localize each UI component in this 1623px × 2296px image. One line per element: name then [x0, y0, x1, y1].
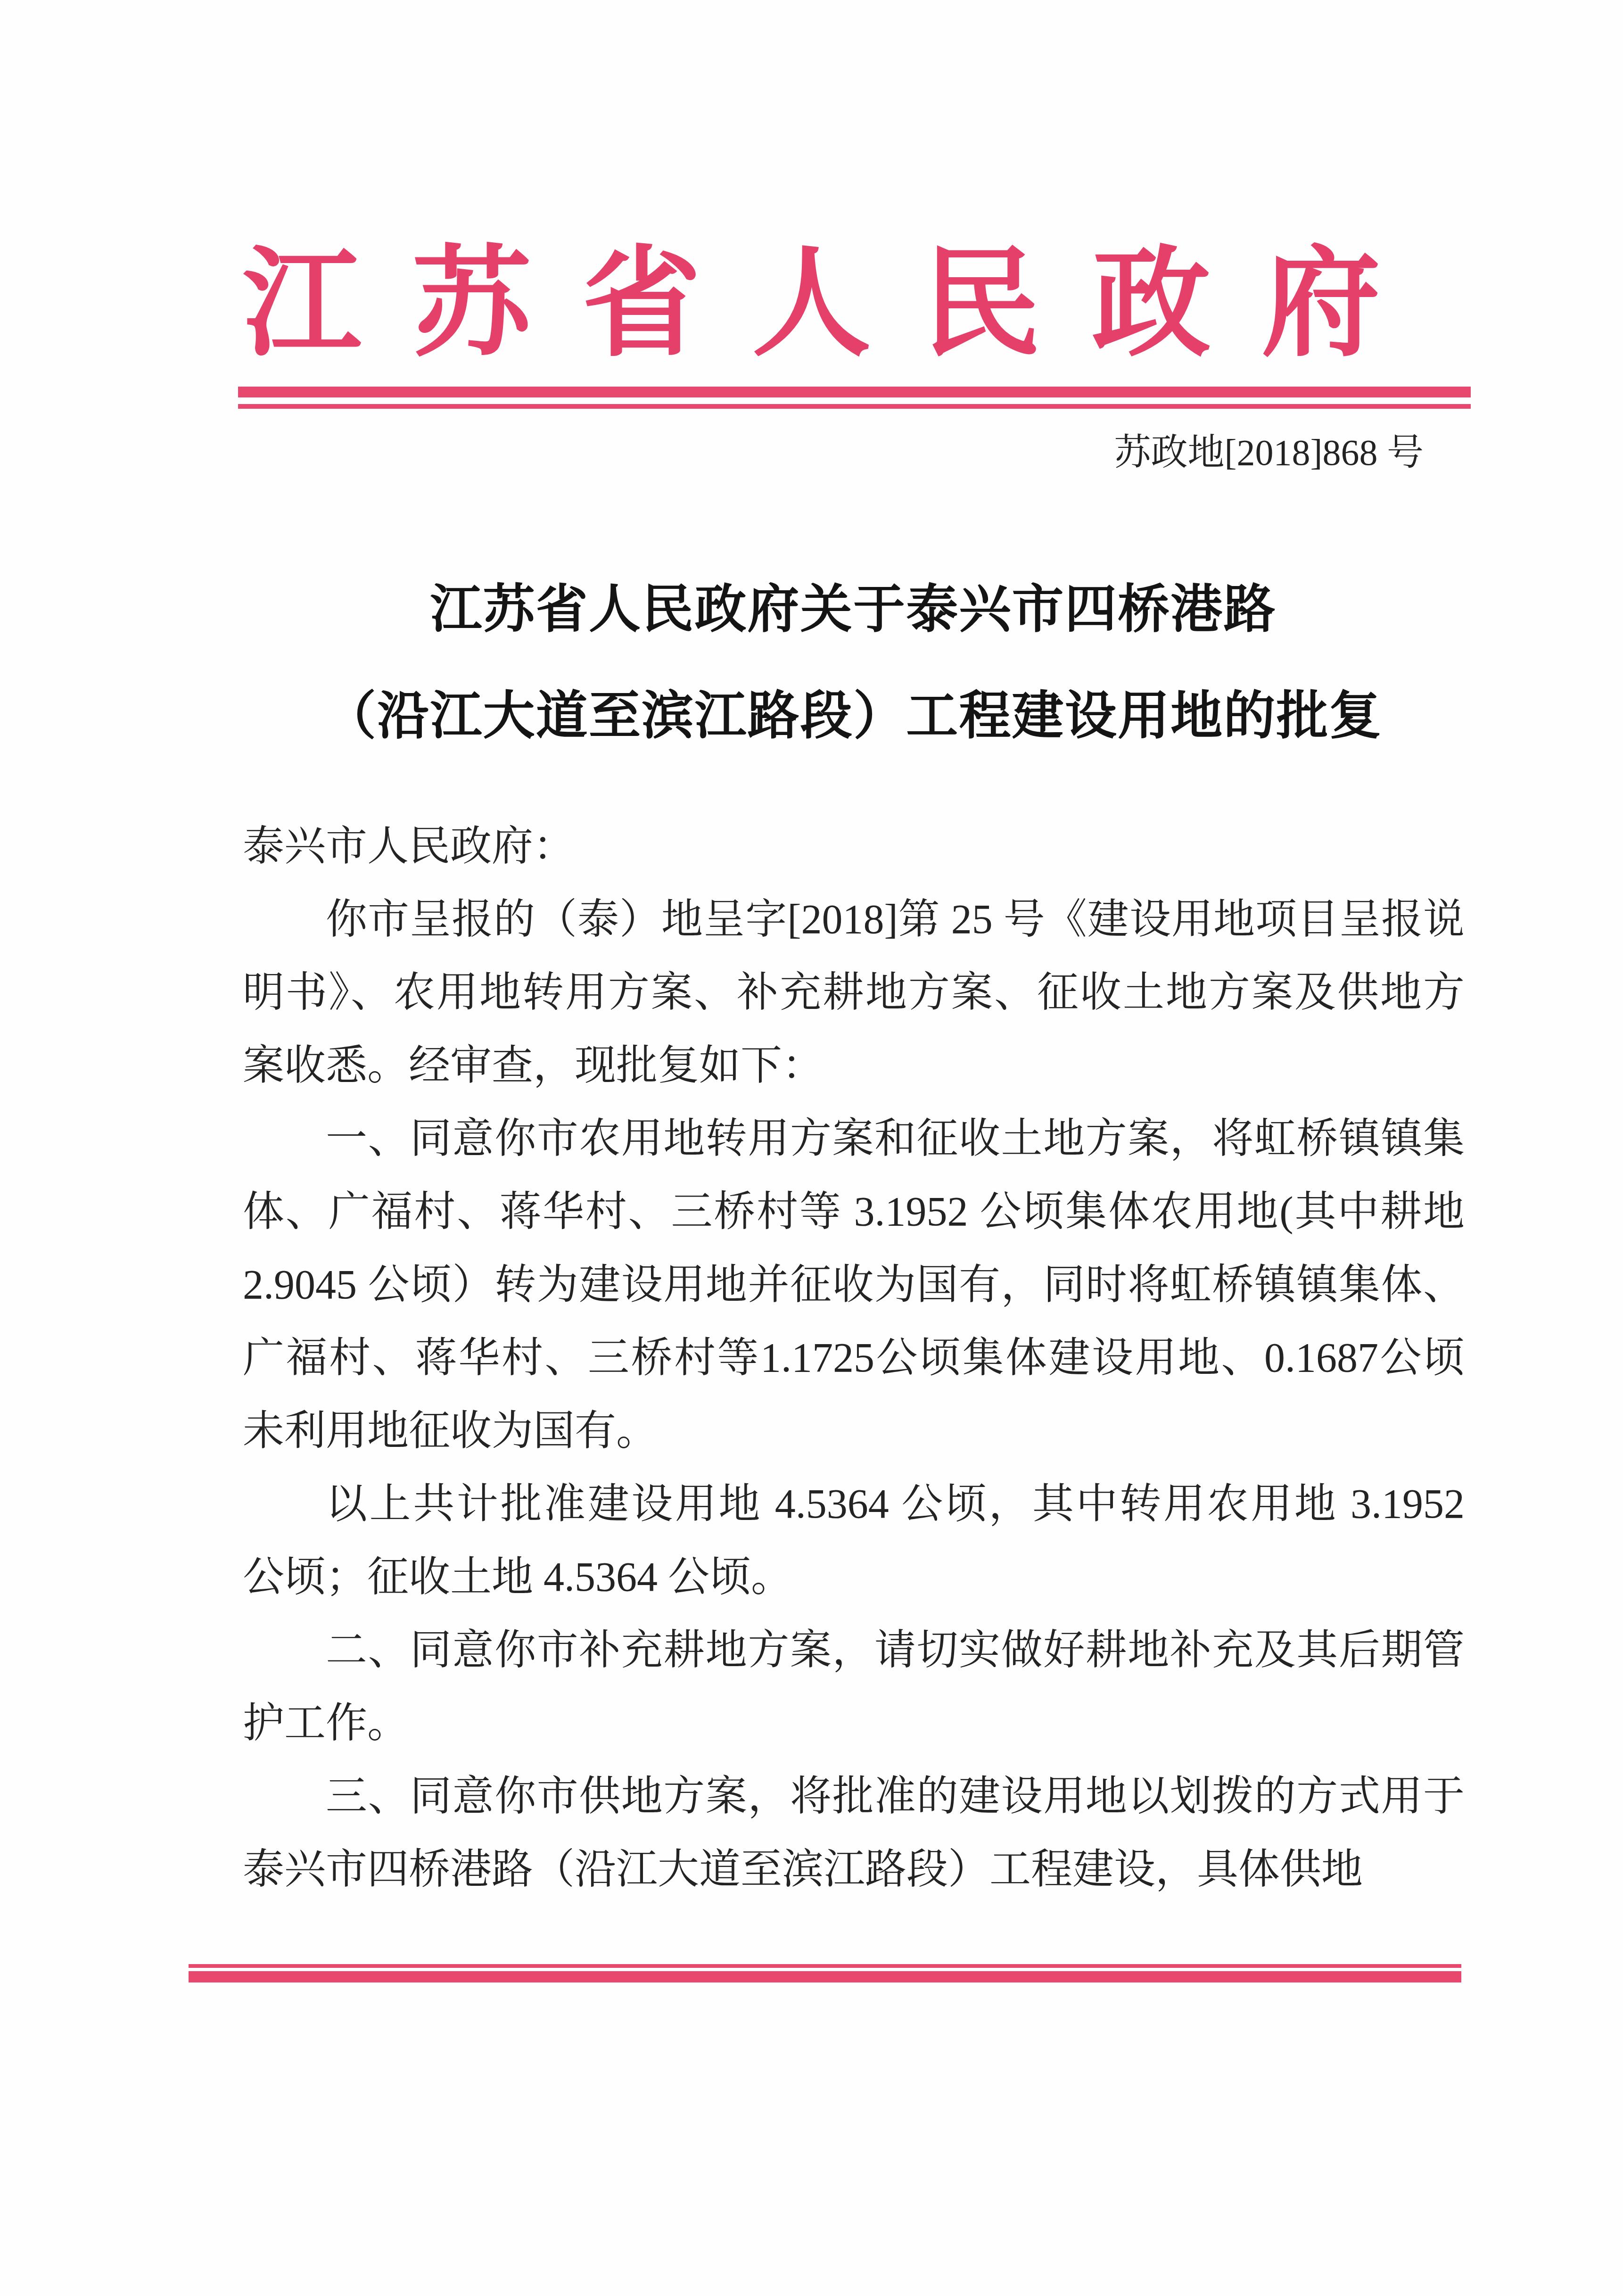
- document-page: 江苏省人民政府 苏政地[2018]868 号 江苏省人民政府关于泰兴市四桥港路 …: [0, 0, 1623, 2296]
- letterhead-org-name: 江苏省人民政府: [0, 243, 1623, 366]
- salutation: 泰兴市人民政府：: [243, 810, 1465, 883]
- document-number: 苏政地[2018]868 号: [243, 430, 1424, 475]
- header-separator-thick-rule: [238, 387, 1471, 397]
- document-body: 泰兴市人民政府： 你市呈报的（泰）地呈字[2018]第 25 号《建设用地项目呈…: [243, 810, 1465, 1906]
- document-title-line-2: （沿江大道至滨江路段）工程建设用地的批复: [170, 663, 1537, 769]
- footer-separator-thin-rule: [189, 1964, 1461, 1968]
- paragraph-total: 以上共计批准建设用地 4.5364 公顷，其中转用农用地 3.1952 公顷；征…: [243, 1468, 1465, 1614]
- paragraph-item-1: 一、同意你市农用地转用方案和征收土地方案，将虹桥镇镇集体、广福村、蒋华村、三桥村…: [243, 1102, 1465, 1468]
- header-separator-thin-rule: [238, 404, 1471, 409]
- document-title: 江苏省人民政府关于泰兴市四桥港路 （沿江大道至滨江路段）工程建设用地的批复: [170, 556, 1537, 769]
- paragraph-item-2: 二、同意你市补充耕地方案，请切实做好耕地补充及其后期管护工作。: [243, 1614, 1465, 1760]
- paragraph-intro: 你市呈报的（泰）地呈字[2018]第 25 号《建设用地项目呈报说明书》、农用地…: [243, 883, 1465, 1102]
- document-title-line-1: 江苏省人民政府关于泰兴市四桥港路: [170, 556, 1537, 663]
- footer-separator-thick-rule: [189, 1971, 1461, 1982]
- paragraph-item-3: 三、同意你市供地方案，将批准的建设用地以划拨的方式用于泰兴市四桥港路（沿江大道至…: [243, 1760, 1465, 1906]
